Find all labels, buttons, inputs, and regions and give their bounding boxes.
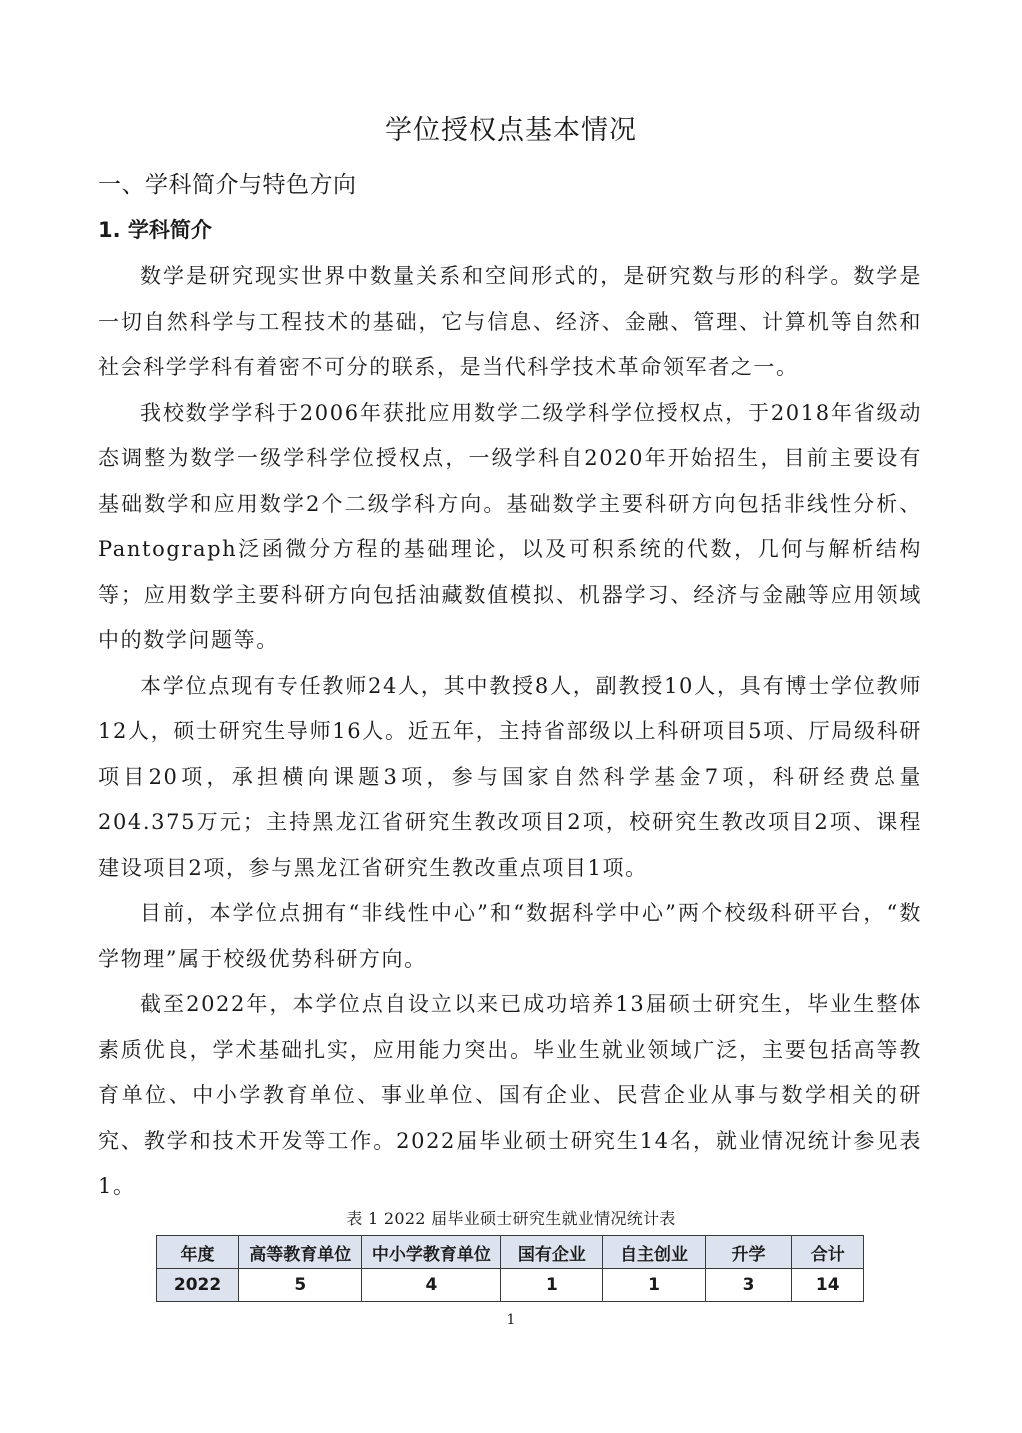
document-page: 学位授权点基本情况 一、学科简介与特色方向 1. 学科简介 数学是研究现实世界中… (0, 0, 1022, 1433)
header-total: 合计 (792, 1236, 864, 1269)
header-k12-education: 中小学教育单位 (362, 1236, 501, 1269)
body-text: 数学是研究现实世界中数量关系和空间形式的，是研究数与形的科学。数学是一切自然科学… (98, 254, 922, 1210)
page-number: 1 (0, 1312, 1022, 1328)
paragraph-faculty: 本学位点现有专任教师24人，其中教授8人，副教授10人，具有博士学位教师12人，… (98, 664, 922, 892)
cell-year: 2022 (157, 1269, 239, 1302)
table-row: 2022 5 4 1 1 3 14 (157, 1269, 864, 1302)
document-title: 学位授权点基本情况 (0, 108, 1022, 147)
paragraph-intro: 数学是研究现实世界中数量关系和空间形式的，是研究数与形的科学。数学是一切自然科学… (98, 254, 922, 391)
paragraph-graduates: 截至2022年，本学位点自设立以来已成功培养13届硕士研究生，毕业生整体素质优良… (98, 982, 922, 1210)
cell-total: 14 (792, 1269, 864, 1302)
paragraph-platforms: 目前，本学位点拥有“非线性中心”和“数据科学中心”两个校级科研平台，“数学物理”… (98, 891, 922, 982)
employment-table: 年度 高等教育单位 中小学教育单位 国有企业 自主创业 升学 合计 2022 5… (156, 1235, 864, 1302)
paragraph-history: 我校数学学科于2006年获批应用数学二级学科学位授权点，于2018年省级动态调整… (98, 391, 922, 664)
header-higher-education: 高等教育单位 (239, 1236, 362, 1269)
cell-state-enterprise: 1 (501, 1269, 603, 1302)
header-further-study: 升学 (705, 1236, 792, 1269)
subsection-heading: 1. 学科简介 (98, 214, 212, 244)
cell-k12-education: 4 (362, 1269, 501, 1302)
header-state-enterprise: 国有企业 (501, 1236, 603, 1269)
header-self-employed: 自主创业 (603, 1236, 705, 1269)
cell-further-study: 3 (705, 1269, 792, 1302)
cell-self-employed: 1 (603, 1269, 705, 1302)
table-caption: 表 1 2022 届毕业硕士研究生就业情况统计表 (0, 1206, 1022, 1229)
cell-higher-education: 5 (239, 1269, 362, 1302)
header-year: 年度 (157, 1236, 239, 1269)
section-heading: 一、学科简介与特色方向 (98, 166, 357, 199)
table-header-row: 年度 高等教育单位 中小学教育单位 国有企业 自主创业 升学 合计 (157, 1236, 864, 1269)
